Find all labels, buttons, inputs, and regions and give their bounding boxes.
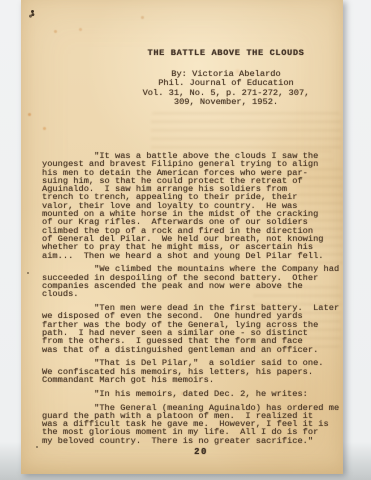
document-page: THE BATTLE ABOVE THE CLOUDS By: Victoria…	[21, 0, 343, 474]
ink-speck	[27, 272, 29, 274]
paragraph: "We climbed the mountains where the Comp…	[42, 265, 343, 298]
ink-bleed-through	[151, 112, 341, 154]
scanned-document: THE BATTLE ABOVE THE CLOUDS By: Victoria…	[0, 0, 371, 480]
article-title: THE BATTLE ABOVE THE CLOUDS	[81, 48, 343, 58]
paragraph: "In his memoirs, dated Dec. 2, he writes…	[42, 390, 343, 398]
paragraph: "It was a battle above the clouds I saw …	[42, 152, 343, 260]
paragraph: "The General (meaning Aguinaldo) has ord…	[42, 404, 343, 445]
paragraph: "Ten men were dead in the first battery.…	[42, 304, 343, 354]
page-number: 20	[161, 447, 241, 457]
age-spots	[21, 0, 24, 3]
pencil-mark	[31, 10, 35, 14]
byline-block: By: Victoria Abelardo Phil. Journal of E…	[76, 70, 343, 107]
paragraph: "That is Del Pilar," a soldier said to o…	[42, 359, 343, 384]
article-body: "It was a battle above the clouds I saw …	[42, 152, 343, 451]
byline-date: 309, November, 1952.	[76, 98, 343, 107]
ink-speck	[36, 446, 38, 448]
